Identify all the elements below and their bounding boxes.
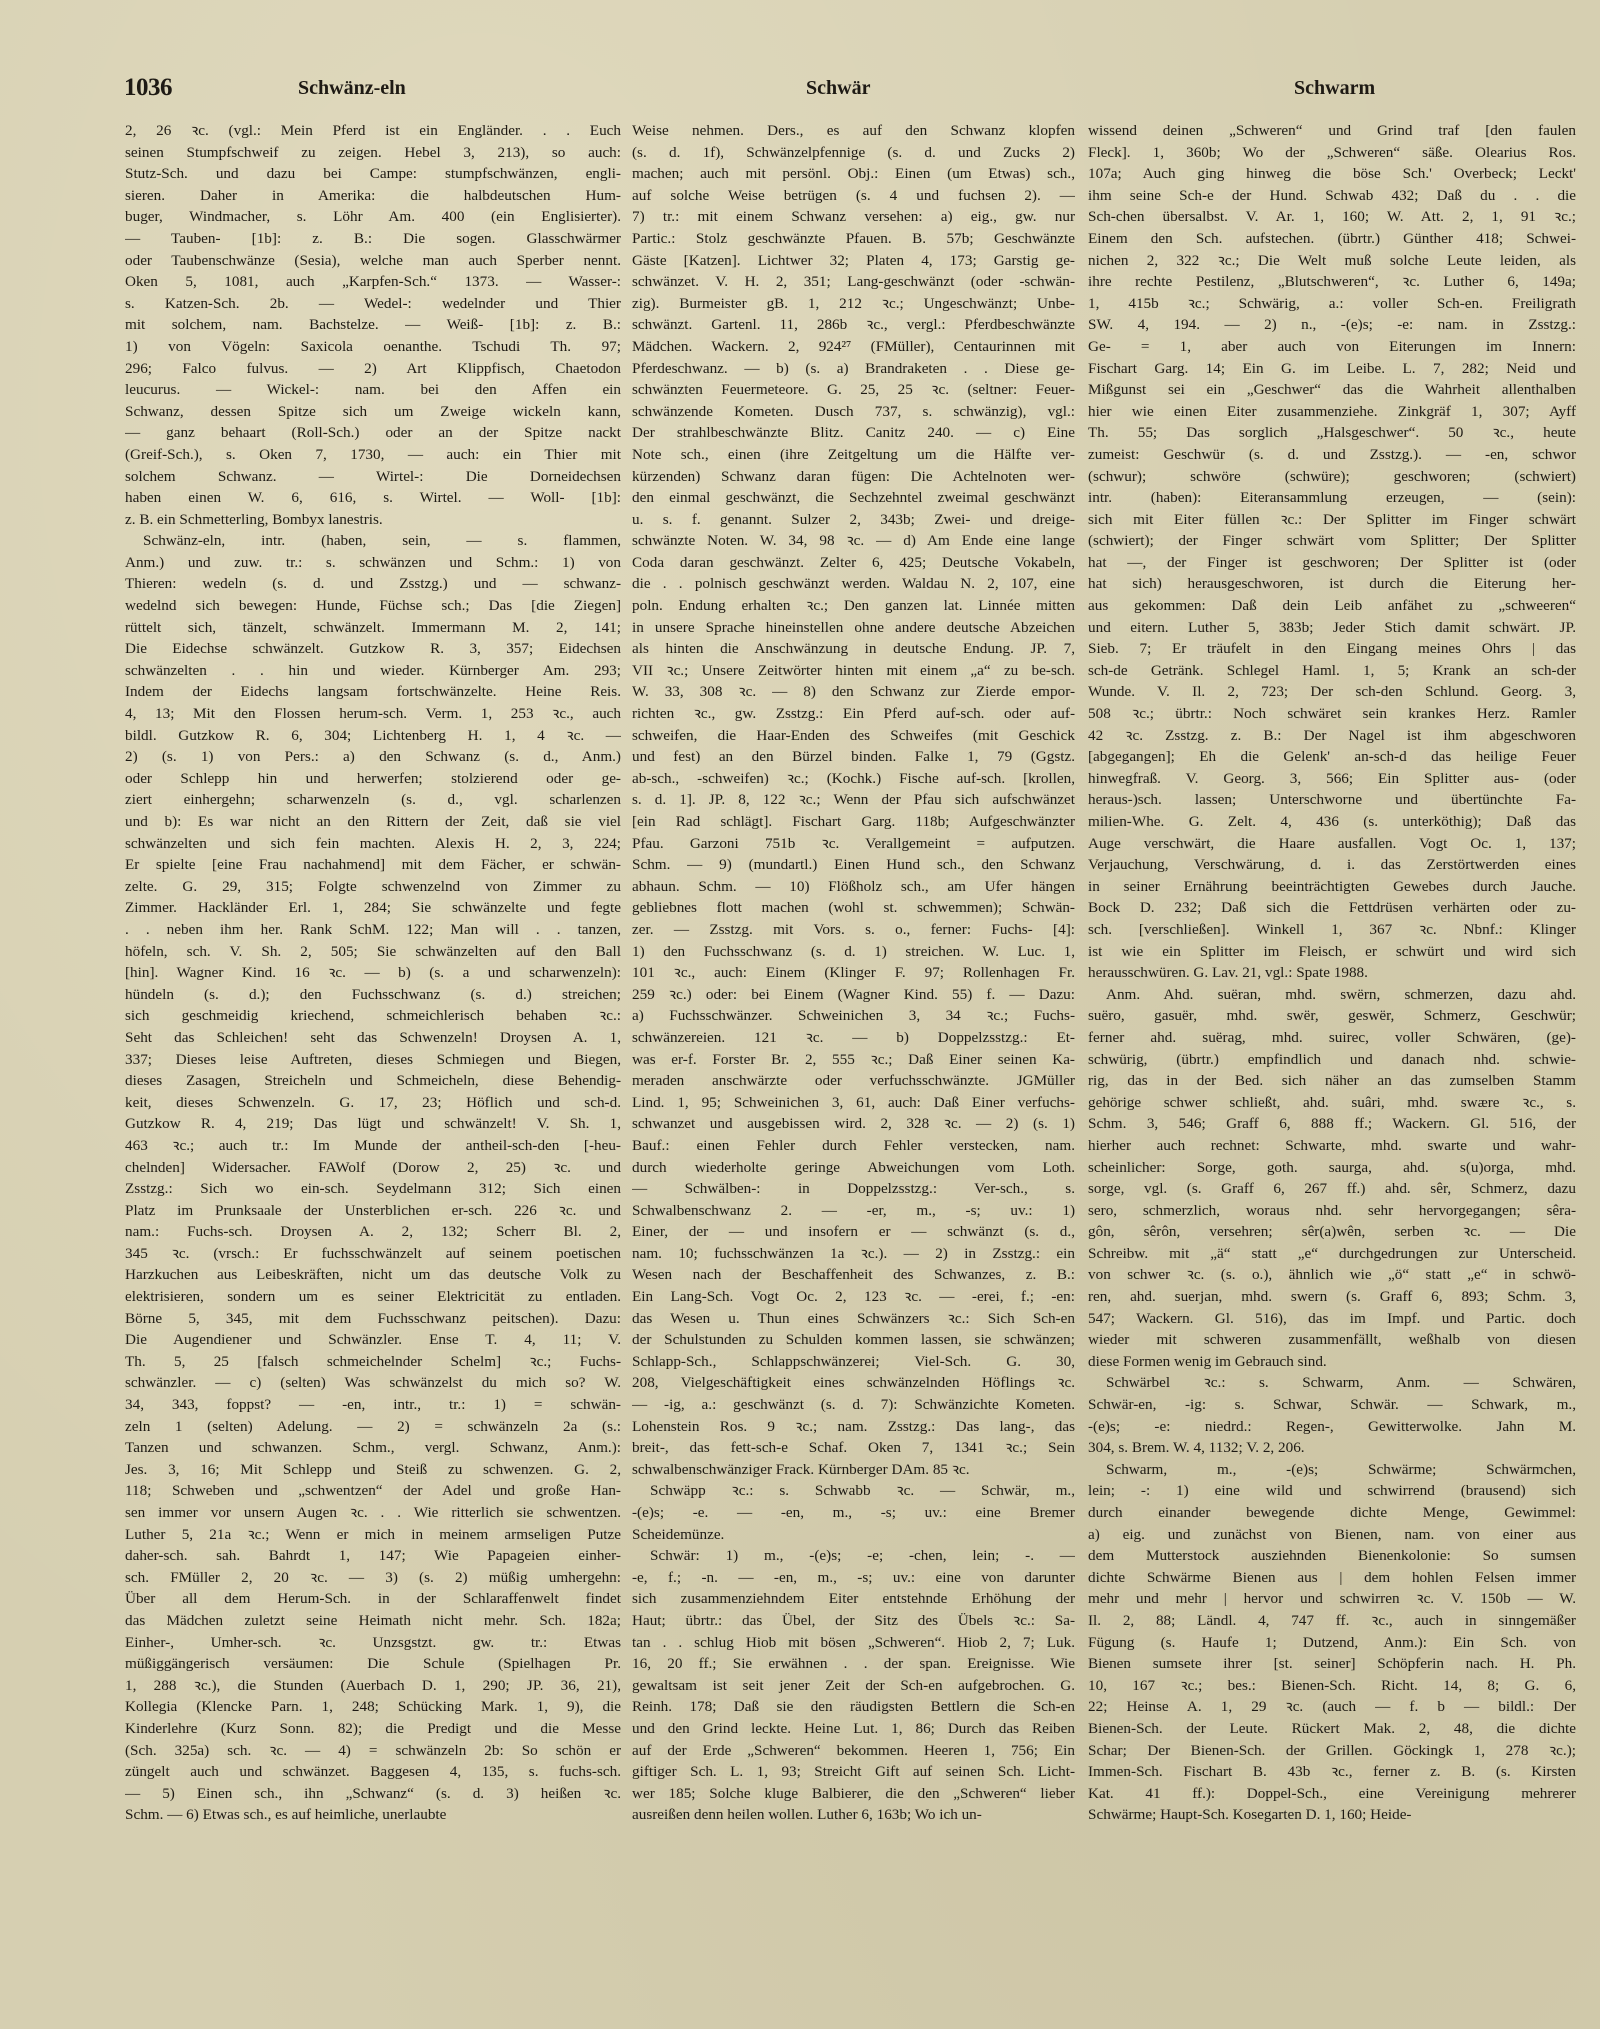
text-line: Pferdeschwanz. — b) (s. a) Brandraketen … — [632, 358, 1075, 380]
text-line: . . neben ihm her. Rank SchM. 122; Man w… — [125, 919, 621, 941]
text-line: Stutz-Sch. und dazu bei Campe: stumpfsch… — [125, 163, 621, 185]
text-line: 259 ꝛc.) oder: bei Einem (Wagner Kind. 5… — [632, 984, 1075, 1006]
text-line: sich geschmeidig kriechend, schmeichleri… — [125, 1005, 621, 1027]
text-line: gebliebnes flott machen (wohl st. schwem… — [632, 897, 1075, 919]
text-line: Sch-chen übersalbst. V. Ar. 1, 160; W. A… — [1088, 206, 1576, 228]
text-line: 10, 167 ꝛc.; bes.: Bienen-Sch. Richt. 14… — [1088, 1675, 1576, 1697]
text-line: Pfau. Garzoni 751b ꝛc. Verallgemeint = a… — [632, 833, 1075, 855]
text-line: Bienen-Sch. der Leute. Rückert Mak. 2, 4… — [1088, 1718, 1576, 1740]
text-line: Fleck]. 1, 360b; Wo der „Schweren“ säße.… — [1088, 142, 1576, 164]
text-line: in seiner Ernährung beeinträchtigten Gew… — [1088, 876, 1576, 898]
text-line: wedelnd sich bewegen: Hunde, Füchse sch.… — [125, 595, 621, 617]
text-line: oder Schlepp hin und herwerfen; stolzier… — [125, 768, 621, 790]
text-line: Schwärme; Haupt-Sch. Kosegarten D. 1, 16… — [1088, 1804, 1576, 1826]
text-line: Ge- = 1, aber auch von Eiterungen im Inn… — [1088, 336, 1576, 358]
text-line: haben einen W. 6, 616, s. Wirtel. — Woll… — [125, 487, 621, 509]
text-line: Schlapp-Sch., Schlappschwänzerei; Viel-S… — [632, 1351, 1075, 1373]
text-line: 107a; Auch ging hinweg die böse Sch.' Ov… — [1088, 163, 1576, 185]
text-line: zig). Burmeister gB. 1, 212 ꝛc.; Ungesch… — [632, 293, 1075, 315]
text-line: gôn, sêrôn, versehren; sêr(a)wên, serben… — [1088, 1221, 1576, 1243]
text-line: (schwur); schwöre (schwüre); geschworen;… — [1088, 466, 1576, 488]
text-line: [hin]. Wagner Kind. 16 ꝛc. — b) (s. a un… — [125, 962, 621, 984]
text-line: Schwalbenschwanz 2. — -er, m., -s; uv.: … — [632, 1200, 1075, 1222]
text-line: 304, s. Brem. W. 4, 1132; V. 2, 206. — [1088, 1437, 1576, 1459]
text-line: als hinten die Anschwänzung in deutsche … — [632, 638, 1075, 660]
text-line: Th. 5, 25 [falsch schmeichelnder Schelm]… — [125, 1351, 621, 1373]
text-line: gewaltsam ist seit jener Zeit der Sch-en… — [632, 1675, 1075, 1697]
text-line: in unsere Sprache hineinstellen ohne and… — [632, 617, 1075, 639]
text-line: hündeln (s. d.); den Fuchsschwanz (s. d.… — [125, 984, 621, 1006]
text-line: Zsstzg.: Sich wo ein-sch. Seydelmann 312… — [125, 1178, 621, 1200]
text-line: rig, das in der Bed. sich näher an das z… — [1088, 1070, 1576, 1092]
entry-first-line: Schwär: 1) m., -(e)s; -e; -chen, lein; -… — [632, 1545, 1075, 1567]
text-line: Einher-, Umher-sch. ꝛc. Unzsgstzt. gw. t… — [125, 1632, 621, 1654]
text-line: und b): Es war nicht an den Rittern der … — [125, 811, 621, 833]
text-line: schwänzende Kometen. Dusch 737, s. schwä… — [632, 401, 1075, 423]
text-line: Lohenstein Ros. 9 ꝛc.; nam. Zsstzg.: Das… — [632, 1416, 1075, 1438]
text-line: meraden anschwärzte oder verfuchsschwänz… — [632, 1070, 1075, 1092]
text-line: Bienen sumsete ihrer [st. seiner] Schöpf… — [1088, 1653, 1576, 1675]
text-line: 118; Schweben und „schwentzen“ der Adel … — [125, 1480, 621, 1502]
text-line: 7) tr.: mit einem Schwanz versehen: a) e… — [632, 206, 1075, 228]
text-line: Zimmer. Hackländer Erl. 1, 284; Sie schw… — [125, 897, 621, 919]
text-line: (Sch. 325a) sch. ꝛc. — 4) = schwänzeln 2… — [125, 1740, 621, 1762]
text-line: giftiger Sch. L. 1, 93; Streicht Gift au… — [632, 1761, 1075, 1783]
text-line: u. s. f. genannt. Sulzer 2, 343b; Zwei- … — [632, 509, 1075, 531]
running-head-center-catchword: Schwär — [806, 77, 870, 100]
text-line: Gutzkow R. 4, 219; Das lügt und schwänze… — [125, 1113, 621, 1135]
text-line: Mädchen. Wackern. 2, 924²⁷ (FMüller), Ce… — [632, 336, 1075, 358]
text-line: Thieren: wedeln (s. d. und Zsstzg.) und … — [125, 573, 621, 595]
text-line: Wesen nach der Beschaffenheit des Schwan… — [632, 1264, 1075, 1286]
text-line: Fügung (s. Haufe 1; Dutzend, Anm.): Ein … — [1088, 1632, 1576, 1654]
text-line: chelnden] Widersacher. FAWolf (Dorow 2, … — [125, 1157, 621, 1179]
text-line: auf der Erde „Schweren“ bekommen. Heeren… — [632, 1740, 1075, 1762]
text-line: hat —, der Finger ist geschworen; Der Sp… — [1088, 552, 1576, 574]
text-line: 22; Heinse A. 1, 29 ꝛc. (auch — f. b — b… — [1088, 1696, 1576, 1718]
text-column-2: Weise nehmen. Ders., es auf den Schwanz … — [632, 120, 1075, 1826]
text-line: -(e)s; -e. — -en, m., -s; uv.: eine Brem… — [632, 1502, 1075, 1524]
text-line: Wunde. V. Il. 2, 723; Der sch-den Schlun… — [1088, 681, 1576, 703]
text-line: Schwanz, dessen Spitze sich um Zweige wi… — [125, 401, 621, 423]
text-line: gehörige schwer schließt, ahd. suâri, mh… — [1088, 1092, 1576, 1114]
text-line: Schwär-en, -ig: s. Schwar, Schwär. — Sch… — [1088, 1394, 1576, 1416]
text-line: ist wie ein Splitter im Fleisch, er schw… — [1088, 941, 1576, 963]
text-line: oder Taubenschwänze (Sesia), welche man … — [125, 250, 621, 272]
text-line: -(e)s; -e: niedrd.: Regen-, Gewitterwolk… — [1088, 1416, 1576, 1438]
text-line: Die Augendiener und Schwänzler. Ense T. … — [125, 1329, 621, 1351]
text-line: — Tauben- [1b]: z. B.: Die sogen. Glassc… — [125, 228, 621, 250]
text-line: schwänzt. Gartenl. 11, 286b ꝛc., vergl.:… — [632, 314, 1075, 336]
text-line: -e, f.; -n. — -en, m., -s; uv.: eine von… — [632, 1567, 1075, 1589]
text-line: kürzenden) Schwanz daran fügen: Die Acht… — [632, 466, 1075, 488]
text-line: hinwegfraß. V. Georg. 3, 566; Ein Splitt… — [1088, 768, 1576, 790]
text-line: schwänzelten . . hin und wieder. Kürnber… — [125, 660, 621, 682]
text-line: mehr und mehr | hervor und schwirren ꝛc.… — [1088, 1588, 1576, 1610]
text-line: Lind. 1, 95; Schweinichen 3, 61, auch: D… — [632, 1092, 1075, 1114]
text-line: schweifen, die Haar-Enden des Schweifes … — [632, 725, 1075, 747]
text-line: 2, 26 ꝛc. (vgl.: Mein Pferd ist ein Engl… — [125, 120, 621, 142]
text-line: 1) von Vögeln: Saxicola oenanthe. Tschud… — [125, 336, 621, 358]
text-line: schwänzet. V. H. 2, 351; Lang-geschwänzt… — [632, 271, 1075, 293]
text-line: Er spielte [eine Frau nachahmend] mit de… — [125, 854, 621, 876]
text-line: Auge verschwärt, die Haare ausfallen. Vo… — [1088, 833, 1576, 855]
text-line: ziert einhergehn; scharwenzeln (s. d., v… — [125, 789, 621, 811]
text-line: 4, 13; Mit den Flossen herum-sch. Verm. … — [125, 703, 621, 725]
text-line: zelte. G. 29, 315; Folgte schwenzelnd vo… — [125, 876, 621, 898]
text-line: elektrisieren, sondern um es seiner Elek… — [125, 1286, 621, 1308]
text-line: heraus-)sch. lassen; Unterschworne und ü… — [1088, 789, 1576, 811]
entry-first-line: Anm. Ahd. suëran, mhd. swërn, schmerzen,… — [1088, 984, 1576, 1006]
text-line: Th. 55; Das sorglich „Halsgeschwer“. 50 … — [1088, 422, 1576, 444]
text-line: Immen-Sch. Fischart B. 43b ꝛc., ferner z… — [1088, 1761, 1576, 1783]
text-line: hat sich) herausgeschworen, ist durch di… — [1088, 573, 1576, 595]
text-line: Partic.: Stolz geschwänzte Pfauen. B. 57… — [632, 228, 1075, 250]
text-line: ausreißen denn heilen wollen. Luther 6, … — [632, 1804, 1075, 1826]
text-line: 16, 20 ff.; Sie erwähnen . . der span. E… — [632, 1653, 1075, 1675]
text-line: keit, dieses Schwenzeln. G. 17, 23; Höfl… — [125, 1092, 621, 1114]
text-line: Luther 5, 21a ꝛc.; Wenn er mich in meine… — [125, 1524, 621, 1546]
text-line: suëro, gasuër, mhd. swër, geswër, Schmer… — [1088, 1005, 1576, 1027]
text-line: sch. FMüller 2, 20 ꝛc. — 3) (s. 2) müßig… — [125, 1567, 621, 1589]
text-line: wieder mit schweren zusammenfällt, weßha… — [1088, 1329, 1576, 1351]
text-line: buger, Windmacher, s. Löhr Am. 400 (ein … — [125, 206, 621, 228]
text-line: Einem den Sch. aufstechen. (übrtr.) Günt… — [1088, 228, 1576, 250]
text-line: das Mädchen zuletzt seine Heimath nicht … — [125, 1610, 621, 1632]
text-line: Jes. 3, 16; Mit Schlepp und Steiß zu sch… — [125, 1459, 621, 1481]
text-line: Kinderlehre (Kurz Sonn. 82); die Predigt… — [125, 1718, 621, 1740]
entry-first-line: Schwarm, m., -(e)s; Schwärme; Schwärmche… — [1088, 1459, 1576, 1481]
text-line: (Greif-Sch.), s. Oken 7, 1730, — auch: e… — [125, 444, 621, 466]
text-line: schwänzte Noten. W. 34, 98 ꝛc. — d) Am E… — [632, 530, 1075, 552]
text-line: sch. [verschließen]. Winkell 1, 367 ꝛc. … — [1088, 919, 1576, 941]
text-line: (schwiert); der Finger schwärt vom Split… — [1088, 530, 1576, 552]
text-line: 547; Wackern. Gl. 516), das im Impf. und… — [1088, 1308, 1576, 1330]
text-line: Il. 2, 88; Ländl. 4, 747 ff. ꝛc., auch i… — [1088, 1610, 1576, 1632]
text-line: schwänzten Feuermeteore. G. 25, 25 ꝛc. (… — [632, 379, 1075, 401]
text-line: schwänzelten und sich fein machten. Alex… — [125, 833, 621, 855]
text-line: mit solchem, nam. Bachstelze. — Weiß- [1… — [125, 314, 621, 336]
text-line: Platz im Prunksaale der Unsterblichen er… — [125, 1200, 621, 1222]
text-line: rüttelt sich, tänzelt, schwänzelt. Immer… — [125, 617, 621, 639]
text-line: abhaun. Schm. — 10) Flößholz sch., am Uf… — [632, 876, 1075, 898]
text-line: Schm. — 6) Etwas sch., es auf heimliche,… — [125, 1804, 621, 1826]
text-line: lein; -: 1) eine wild und schwirrend (br… — [1088, 1480, 1576, 1502]
text-line: leucurus. — Wickel-: nam. bei den Affen … — [125, 379, 621, 401]
text-line: und den Grind leckte. Heine Lut. 1, 86; … — [632, 1718, 1075, 1740]
text-line: 34, 343, foppst? — -en, intr., tr.: 1) =… — [125, 1394, 621, 1416]
text-line: nichen 2, 322 ꝛc.; Die Welt muß solche L… — [1088, 250, 1576, 272]
text-line: hierher auch rechnet: Schwarte, mhd. swa… — [1088, 1135, 1576, 1157]
text-line: z. B. ein Schmetterling, Bombyx lanestri… — [125, 509, 621, 531]
text-line: Verjauchung, Verschwärung, d. i. das Zer… — [1088, 854, 1576, 876]
text-line: Einer, der — und insofern er — schwänzt … — [632, 1221, 1075, 1243]
text-line: ferner ahd. suërag, mhd. suirec, voller … — [1088, 1027, 1576, 1049]
text-line: wissend deinen „Schweren“ und Grind traf… — [1088, 120, 1576, 142]
text-line: — -ig, a.: geschwänzt (s. d. 7): Schwänz… — [632, 1394, 1075, 1416]
page-number: 1036 — [124, 74, 172, 102]
text-line: SW. 4, 194. — 2) n., -(e)s; -e: nam. in … — [1088, 314, 1576, 336]
text-line: der Schulstunden zu Schulden kommen lass… — [632, 1329, 1075, 1351]
text-line: was er-f. Forster Br. 2, 555 ꝛc.; Daß Ei… — [632, 1049, 1075, 1071]
text-line: zer. — Zsstzg. mit Vors. s. o., ferner: … — [632, 919, 1075, 941]
entry-first-line: Schwärbel ꝛc.: s. Schwarm, Anm. — Schwär… — [1088, 1372, 1576, 1394]
text-line: herausschwüren. G. Lav. 21, vgl.: Spate … — [1088, 962, 1576, 984]
text-line: Indem der Eidechs langsam fortschwänzelt… — [125, 681, 621, 703]
text-line: das Wesen u. Thun eines Schwänzers ꝛc.: … — [632, 1308, 1075, 1330]
text-line: Börne 5, 345, mit dem Fuchsschwanz peits… — [125, 1308, 621, 1330]
text-line: dichte Schwärme Bienen aus | dem hohlen … — [1088, 1567, 1576, 1589]
text-line: Anm.) und zuw. tr.: s. schwänzen und Sch… — [125, 552, 621, 574]
text-line: Tanzen und schwanzen. Schm., vergl. Schw… — [125, 1437, 621, 1459]
text-line: müßiggängerisch versäumen: Die Schule (S… — [125, 1653, 621, 1675]
text-line: richten ꝛc., gw. Zsstzg.: Ein Pferd auf-… — [632, 703, 1075, 725]
text-line: ab-sch., -schweifen) ꝛc.; (Kochk.) Fisch… — [632, 768, 1075, 790]
text-line: — Schwälben-: in Doppelzsstzg.: Ver-sch.… — [632, 1178, 1075, 1200]
text-line: den einmal geschwänzt, die Sechzehntel z… — [632, 487, 1075, 509]
text-line: ihre rechte Pestilenz, „Blutschweren“, ꝛ… — [1088, 271, 1576, 293]
text-line: zeln 1 (selten) Adelung. — 2) = schwänze… — [125, 1416, 621, 1438]
text-line: [abgegangen]; Eh die Gelenk' an-sch-d da… — [1088, 746, 1576, 768]
text-line: schwürig, (übrtr.) empfindlich und danac… — [1088, 1049, 1576, 1071]
text-line: schwalbenschwänziger Frack. Kürnberger D… — [632, 1459, 1075, 1481]
text-line: durch wiederholte geringe Abweichungen v… — [632, 1157, 1075, 1179]
text-line: a) eig. und zunächst von Bienen, nam. vo… — [1088, 1524, 1576, 1546]
text-line: — ganz behaart (Roll-Sch.) oder an der S… — [125, 422, 621, 444]
text-line: und fest) an den Bürzel binden. Falke 1,… — [632, 746, 1075, 768]
text-line: die . . polnisch geschwänzt werden. Wald… — [632, 573, 1075, 595]
text-line: 296; Falco fulvus. — 2) Art Klippfisch, … — [125, 358, 621, 380]
text-line: poln. Endung erhalten ꝛc.; Den ganzen la… — [632, 595, 1075, 617]
running-head-left-catchword: Schwänz-eln — [298, 77, 406, 100]
text-line: dem Mutterstock ausziehnden Bienenkoloni… — [1088, 1545, 1576, 1567]
text-line: durch einander bewegende dichte Menge, G… — [1088, 1502, 1576, 1524]
text-line: dieses Zasagen, Streicheln und Schmeiche… — [125, 1070, 621, 1092]
text-line: nam. 10; fuchsschwänzen 1a ꝛc.). — 2) in… — [632, 1243, 1075, 1265]
text-line: breit-, das fett-sch-e Schaf. Oken 7, 13… — [632, 1437, 1075, 1459]
text-line: intr. (haben): Eiteransammlung erzeugen,… — [1088, 487, 1576, 509]
text-line: ihm seine Sch-e der Hund. Schwab 432; Da… — [1088, 185, 1576, 207]
entry-first-line: Schwänz-eln, intr. (haben, sein, — s. fl… — [125, 530, 621, 552]
text-line: 345 ꝛc. (vrsch.: Er fuchsschwänzelt auf … — [125, 1243, 621, 1265]
text-line: — 5) Einen sch., ihn „Schwanz“ (s. d. 3)… — [125, 1783, 621, 1805]
text-line: 2) (s. 1) von Pers.: a) den Schwanz (s. … — [125, 746, 621, 768]
text-line: Schm. — 9) (mundartl.) Einen Hund sch., … — [632, 854, 1075, 876]
text-line: a) Fuchsschwänzer. Schweinichen 3, 34 ꝛc… — [632, 1005, 1075, 1027]
text-line: schwänzler. — c) (selten) Was schwänzels… — [125, 1372, 621, 1394]
running-head: 1036 Schwänz-eln Schwär Schwarm — [0, 74, 1600, 104]
text-line: Kat. 41 ff.): Doppel-Sch., eine Vereinig… — [1088, 1783, 1576, 1805]
text-line: sich mit Eiter füllen ꝛc.: Der Splitter … — [1088, 509, 1576, 531]
text-line: Schar; Der Bienen-Sch. der Grillen. Göck… — [1088, 1740, 1576, 1762]
text-line: Weise nehmen. Ders., es auf den Schwanz … — [632, 120, 1075, 142]
text-line: 42 ꝛc. Zsstzg. z. B.: Der Nagel ist ihm … — [1088, 725, 1576, 747]
text-line: 337; Dieses leise Auftreten, dieses Schm… — [125, 1049, 621, 1071]
text-line: daher-sch. sah. Bahrdt 1, 147; Wie Papag… — [125, 1545, 621, 1567]
text-line: Bauf.: einen Fehler durch Fehler verstec… — [632, 1135, 1075, 1157]
entry-first-line: Schwäpp ꝛc.: s. Schwabb ꝛc. — Schwär, m.… — [632, 1480, 1075, 1502]
text-line: und eitern. Luther 5, 383b; Jeder Stich … — [1088, 617, 1576, 639]
text-line: Sieb. 7; Er träufelt in den Eingang mein… — [1088, 638, 1576, 660]
text-line: sch-de Getränk. Schlegel Haml. 1, 5; Kra… — [1088, 660, 1576, 682]
text-line: Seht das Schleichen! seht das Schwenzeln… — [125, 1027, 621, 1049]
text-line: (s. d. 1f), Schwänzelpfennige (s. d. und… — [632, 142, 1075, 164]
text-line: VII ꝛc.; Unsere Zeitwörter hinten mit ei… — [632, 660, 1075, 682]
text-line: sieren. Daher in Amerika: die halbdeutsc… — [125, 185, 621, 207]
text-line: zumeist: Geschwür (s. d. und Zsstzg.). —… — [1088, 444, 1576, 466]
text-line: bildl. Gutzkow R. 6, 304; Lichtenberg H.… — [125, 725, 621, 747]
text-line: schwanzet und ausgebissen wird. 2, 328 ꝛ… — [632, 1113, 1075, 1135]
text-line: schwänzereien. 121 ꝛc. — b) Doppelzsstzg… — [632, 1027, 1075, 1049]
text-line: Haut; übrtr.: das Übel, der Sitz des Übe… — [632, 1610, 1075, 1632]
text-line: Fischart Garg. 14; Ein G. im Leibe. L. 7… — [1088, 358, 1576, 380]
text-line: hier wie einen Eiter zusammenziehe. Zink… — [1088, 401, 1576, 423]
text-line: diese Formen wenig im Gebrauch sind. — [1088, 1351, 1576, 1373]
text-line: Schm. 3, 546; Graff 6, 888 ff.; Wackern.… — [1088, 1113, 1576, 1135]
text-line: Harzkuchen aus Leibeskräften, nicht um d… — [125, 1264, 621, 1286]
text-line: W. 33, 308 ꝛc. — 8) den Schwanz zur Zier… — [632, 681, 1075, 703]
text-line: 463 ꝛc.; auch tr.: Im Munde der antheil-… — [125, 1135, 621, 1157]
text-line: scheinlicher: Sorge, goth. saurga, ahd. … — [1088, 1157, 1576, 1179]
text-line: seinen Stumpfschweif zu zeigen. Hebel 3,… — [125, 142, 621, 164]
text-line: Mißgunst sei ein „Geschwer“ das die Wahr… — [1088, 379, 1576, 401]
text-line: solchem Schwanz. — Wirtel-: Die Dorneide… — [125, 466, 621, 488]
text-line: Coda daran geschwänzt. Zelter 6, 425; De… — [632, 552, 1075, 574]
text-line: aus gekommen: Daß dein Leib anfähet zu „… — [1088, 595, 1576, 617]
text-line: ren, ahd. suerjan, mhd. swern (s. Graff … — [1088, 1286, 1576, 1308]
text-column-1: 2, 26 ꝛc. (vgl.: Mein Pferd ist ein Engl… — [125, 120, 621, 1826]
text-line: züngelt auch und schwänzet. Baggesen 4, … — [125, 1761, 621, 1783]
text-line: machen; auch mit persönl. Obj.: Einen (u… — [632, 163, 1075, 185]
text-line: 101 ꝛc., auch: Einem (Klinger F. 97; Rol… — [632, 962, 1075, 984]
text-line: milien-Whe. G. Zelt. 4, 436 (s. unterköt… — [1088, 811, 1576, 833]
text-line: Note sch., einen (ihre Zeitgeltung um di… — [632, 444, 1075, 466]
text-line: Schreibw. mit „ä“ statt „e“ durchgedrung… — [1088, 1243, 1576, 1265]
text-line: Bock D. 232; Daß sich die Fettdrüsen ver… — [1088, 897, 1576, 919]
text-line: Oken 5, 1081, auch „Karpfen-Sch.“ 1373. … — [125, 271, 621, 293]
text-line: sen immer vor unsern Augen ꝛc. . . Wie r… — [125, 1502, 621, 1524]
text-line: von schwer ꝛc. (s. o.), ähnlich wie „ö“ … — [1088, 1264, 1576, 1286]
text-line: sorge, vgl. (s. Graff 6, 267 ff.) ahd. s… — [1088, 1178, 1576, 1200]
text-line: 208, Vielgeschäftigkeit eines schwänzeln… — [632, 1372, 1075, 1394]
text-line: Ein Lang-Sch. Vogt Oc. 2, 123 ꝛc. — -ere… — [632, 1286, 1075, 1308]
text-line: Gäste [Katzen]. Lichtwer 32; Platen 4, 1… — [632, 250, 1075, 272]
text-line: Die Eidechse schwänzelt. Gutzkow R. 3, 3… — [125, 638, 621, 660]
text-line: nam.: Fuchs-sch. Droysen A. 2, 132; Sche… — [125, 1221, 621, 1243]
running-head-right-catchword: Schwarm — [1294, 77, 1375, 100]
text-line: 508 ꝛc.; übrtr.: Noch schwäret sein kran… — [1088, 703, 1576, 725]
text-line: höfeln, sch. V. Sh. 2, 505; Sie schwänze… — [125, 941, 621, 963]
text-line: sich zusammenziehndem Eiter entstehnde E… — [632, 1588, 1075, 1610]
text-column-3: wissend deinen „Schweren“ und Grind traf… — [1088, 120, 1576, 1826]
text-line: Kollegia (Klencke Parn. 1, 248; Schückin… — [125, 1696, 621, 1718]
text-line: sero, schmerzlich, woraus nhd. sehr herv… — [1088, 1200, 1576, 1222]
text-line: 1, 415b ꝛc.; Schwärig, a.: voller Sch-en… — [1088, 293, 1576, 315]
text-line: s. d. 1]. JP. 8, 122 ꝛc.; Wenn der Pfau … — [632, 789, 1075, 811]
text-line: [ein Rad schlägt]. Fischart Garg. 118b; … — [632, 811, 1075, 833]
text-line: Über all dem Herum-Sch. in der Schlaraff… — [125, 1588, 621, 1610]
text-line: 1) den Fuchsschwanz (s. d. 1) streichen.… — [632, 941, 1075, 963]
text-line: 1, 288 ꝛc.), die Stunden (Auerbach D. 1,… — [125, 1675, 621, 1697]
text-line: s. Katzen-Sch. 2b. — Wedel-: wedelnder u… — [125, 293, 621, 315]
text-line: Reinh. 178; Daß sie den räudigsten Bettl… — [632, 1696, 1075, 1718]
text-line: Der strahlbeschwänzte Blitz. Canitz 240.… — [632, 422, 1075, 444]
text-line: tan . . schlug Hiob mit bösen „Schweren“… — [632, 1632, 1075, 1654]
text-line: Scheidemünze. — [632, 1524, 1075, 1546]
text-line: wer 185; Solche kluge Balbierer, die den… — [632, 1783, 1075, 1805]
text-line: auf solche Weise betrügen (s. 4 und fuch… — [632, 185, 1075, 207]
